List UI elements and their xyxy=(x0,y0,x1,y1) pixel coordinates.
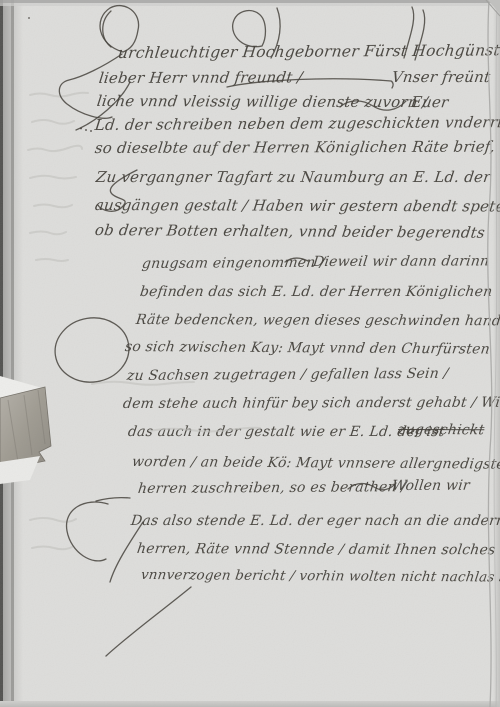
manuscript-line: so dieselbte auf der Herren Königlichen … xyxy=(94,138,496,157)
manuscript-line: liche vnnd vleissig willige dienste zuvo… xyxy=(96,92,429,111)
manuscript-line: dem stehe auch hinfür bey sich anderst g… xyxy=(122,394,500,413)
manuscript-line: Euer xyxy=(410,93,450,111)
manuscript-line: urchleuchtiger Hochgeborner Fürst Hochgü… xyxy=(117,41,500,62)
manuscript-scan: urchleuchtiger Hochgeborner Fürst Hochgü… xyxy=(0,0,500,707)
manuscript-line: Räte bedencken, wegen dieses geschwinden… xyxy=(135,311,500,330)
manuscript-line: Das also stende E. Ld. der eger nach an … xyxy=(130,512,500,530)
manuscript-line: lieber Herr vnnd freundt / xyxy=(98,68,304,87)
manuscript-line: ausgängen gestalt / Haben wir gestern ab… xyxy=(94,196,500,215)
manuscript-line: Dieweil wir dann darinn xyxy=(312,252,490,271)
manuscript-line: ob derer Botten erhalten, vnnd beider be… xyxy=(94,221,486,242)
manuscript-line: Wollen wir xyxy=(391,477,471,495)
manuscript-line: Zu vergangner Tagfart zu Naumburg an E. … xyxy=(95,168,492,186)
manuscript-line: herren, Räte vnnd Stennde / damit Ihnen … xyxy=(136,540,497,559)
manuscript-line: gnugsam eingenommen / xyxy=(141,254,326,273)
manuscript-line: Ld. der schreiben neben dem zugeschickte… xyxy=(94,113,500,134)
manuscript-line: so sich zwischen Kay: Mayt vnnd den Chur… xyxy=(124,338,491,359)
manuscript-line: befinden das sich E. Ld. der Herren Köni… xyxy=(139,283,494,301)
manuscript-line: zu Sachsen zugetragen / gefallen lass Se… xyxy=(126,365,450,385)
manuscript-line: worden / an beide Kö: Mayt vnnsere aller… xyxy=(131,453,500,474)
manuscript-line: Vnser freünt xyxy=(391,68,492,86)
manuscript-line: vnnverzogen bericht / vorhin wolten nich… xyxy=(140,566,500,587)
manuscript-line: herren zuschreiben, so es berathen / xyxy=(137,478,407,498)
manuscript-line: zugeschickt xyxy=(397,421,486,439)
handwritten-text-block: urchleuchtiger Hochgeborner Fürst Hochgü… xyxy=(0,0,500,707)
